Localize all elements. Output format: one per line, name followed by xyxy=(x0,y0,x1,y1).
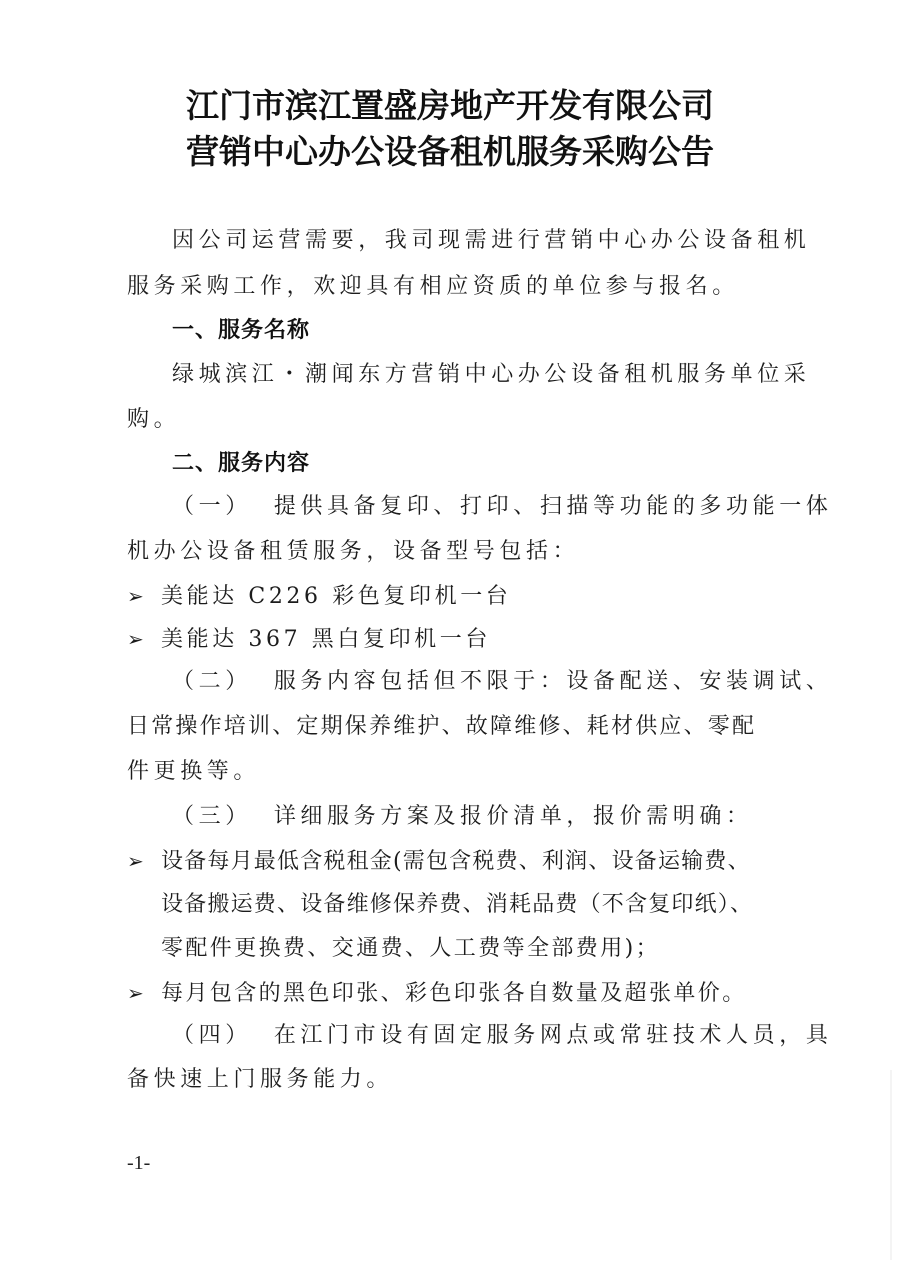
scan-edge-artifact xyxy=(890,1070,892,1260)
arrow-bullet-icon: ➢ xyxy=(127,846,161,876)
arrow-bullet-icon: ➢ xyxy=(127,581,161,611)
bullet-item: ➢美能达 367 黑白复印机一台 xyxy=(127,624,491,655)
item-1-paragraph: （一）提供具备复印、打印、扫描等功能的多功能一体 xyxy=(172,492,832,522)
service-name-line-1: 绿城滨江・潮闻东方营销中心办公设备租机服务单位采 xyxy=(172,360,810,390)
document-page: 江门市滨江置盛房地产开发有限公司 营销中心办公设备租机服务采购公告 因公司运营需… xyxy=(0,0,900,1271)
bullet-item: ➢每月包含的黑色印张、彩色印张各自数量及超张单价。 xyxy=(127,978,747,1009)
bullet-text-model-c226: 美能达 C226 彩色复印机一台 xyxy=(161,584,511,609)
arrow-bullet-icon: ➢ xyxy=(127,624,161,654)
item-1-line-1: 提供具备复印、打印、扫描等功能的多功能一体 xyxy=(274,494,833,519)
item-2-label: （二） xyxy=(172,669,252,694)
bullet-continuation-1: 设备搬运费、设备维修保养费、消耗品费（不含复印纸）、 xyxy=(161,890,753,920)
item-3-line-1: 详细服务方案及报价清单，报价需明确： xyxy=(274,804,753,829)
page-number: -1- xyxy=(127,1152,150,1175)
bullet-text-print-quota: 每月包含的黑色印张、彩色印张各自数量及超张单价。 xyxy=(161,981,747,1006)
item-2-line-3: 件更换等。 xyxy=(127,757,260,787)
item-4-line-1: 在江门市设有固定服务网点或常驻技术人员，具 xyxy=(274,1023,833,1048)
intro-line-2: 服务采购工作，欢迎具有相应资质的单位参与报名。 xyxy=(127,272,739,302)
bullet-text-monthly-rent: 设备每月最低含税租金(需包含税费、利润、设备运输费、 xyxy=(161,849,751,874)
item-1-label: （一） xyxy=(172,494,252,519)
item-4-line-2: 备快速上门服务能力。 xyxy=(127,1065,393,1095)
item-4-paragraph: （四）在江门市设有固定服务网点或常驻技术人员，具 xyxy=(172,1021,832,1051)
document-title-line-1: 江门市滨江置盛房地产开发有限公司 xyxy=(0,86,900,126)
bullet-item: ➢美能达 C226 彩色复印机一台 xyxy=(127,581,511,612)
item-3-paragraph: （三）详细服务方案及报价清单，报价需明确： xyxy=(172,802,753,832)
item-3-label: （三） xyxy=(172,804,252,829)
arrow-bullet-icon: ➢ xyxy=(127,978,161,1008)
document-title-line-2: 营销中心办公设备租机服务采购公告 xyxy=(0,132,900,172)
item-2-line-1: 服务内容包括但不限于：设备配送、安装调试、 xyxy=(274,669,833,694)
section-heading-service-name: 一、服务名称 xyxy=(172,316,310,346)
section-heading-service-content: 二、服务内容 xyxy=(172,449,310,479)
item-2-line-2: 日常操作培训、定期保养维护、故障维修、耗材供应、零配 xyxy=(127,712,756,742)
service-name-line-2: 购。 xyxy=(127,405,180,435)
item-2-paragraph: （二）服务内容包括但不限于：设备配送、安装调试、 xyxy=(172,667,832,697)
intro-line-1: 因公司运营需要，我司现需进行营销中心办公设备租机 xyxy=(172,226,810,256)
bullet-continuation-2: 零配件更换费、交通费、人工费等全部费用)； xyxy=(161,934,660,964)
item-1-line-2: 机办公设备租赁服务，设备型号包括： xyxy=(127,537,579,567)
bullet-text-model-367: 美能达 367 黑白复印机一台 xyxy=(161,627,491,652)
bullet-item: ➢设备每月最低含税租金(需包含税费、利润、设备运输费、 xyxy=(127,846,751,877)
item-4-label: （四） xyxy=(172,1023,252,1048)
